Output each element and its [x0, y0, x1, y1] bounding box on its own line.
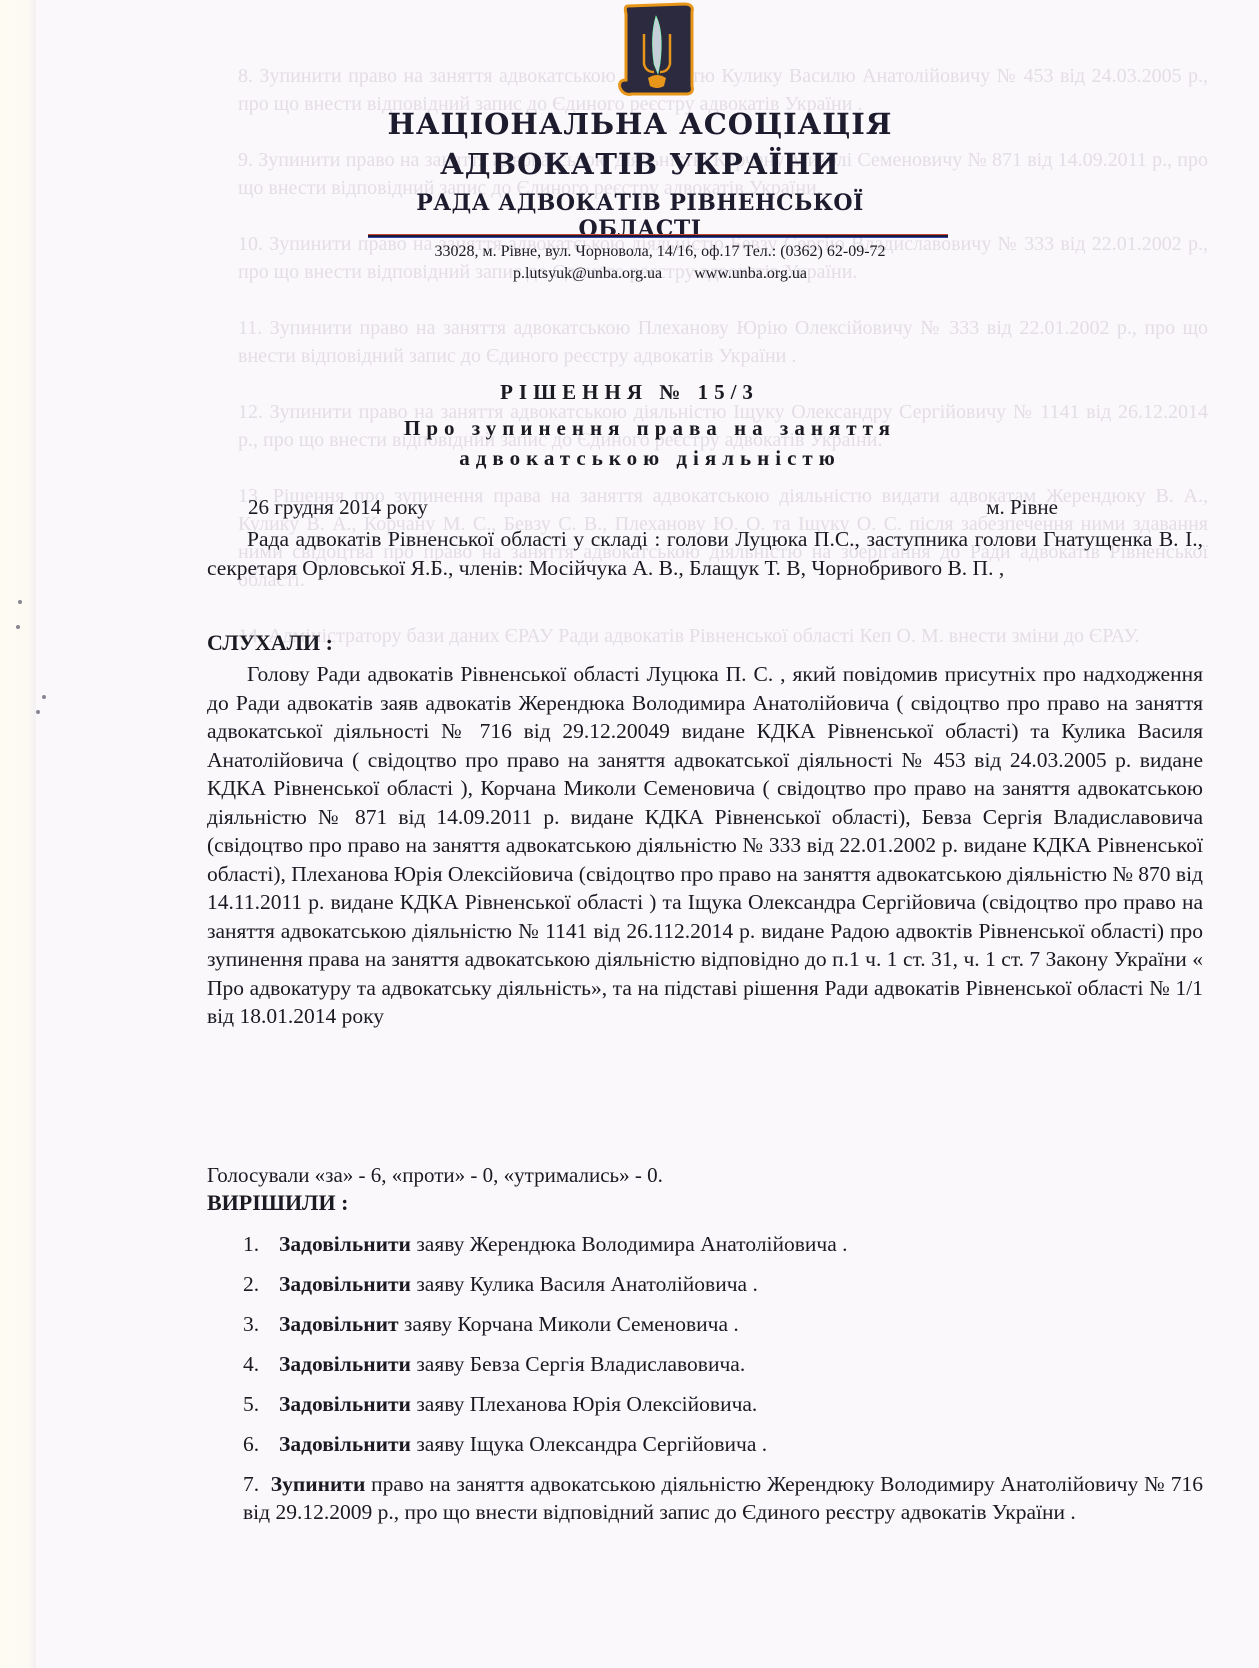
scan-speck [42, 695, 46, 699]
item-verb: Зупинити [271, 1472, 366, 1496]
subject-line2: адвокатською діяльністю [300, 443, 1000, 473]
voting-result: Голосували «за» - 6, «проти» - 0, «утрим… [207, 1163, 663, 1188]
organization-name-line2: АДВОКАТІВ УКРАЇНИ [360, 144, 920, 184]
letterhead-divider [368, 235, 948, 237]
organization-name-line1: НАЦІОНАЛЬНА АСОЦІАЦІЯ [360, 104, 920, 144]
item-text: заяву Жерендюка Володимира Анатолійовича… [411, 1232, 848, 1256]
scan-edge [0, 0, 36, 1668]
resolution-item: 6.Задовільнити заяву Іщука Олександра Се… [243, 1430, 848, 1470]
resolution-item: 3.Задовільнит заяву Корчана Миколи Семен… [243, 1310, 848, 1350]
decision-subject: Про зупинення права на заняття адвокатсь… [300, 413, 1000, 473]
item-number: 5. [243, 1390, 279, 1418]
item-number: 7. [243, 1472, 259, 1496]
item-number: 6. [243, 1430, 279, 1458]
item-verb: Задовільнити [279, 1432, 411, 1456]
resolution-item: 5.Задовільнити заяву Плеханова Юрія Олек… [243, 1390, 848, 1430]
quill-trident-logo-icon [614, 2, 700, 100]
item-verb: Задовільнити [279, 1392, 411, 1416]
item-text: заяву Іщука Олександра Сергійовича . [411, 1432, 767, 1456]
item-number: 1. [243, 1230, 279, 1258]
resolution-item: 2.Задовільнити заяву Кулика Василя Анато… [243, 1270, 848, 1310]
date-place-line: 26 грудня 2014 року м. Рівне [248, 495, 1058, 520]
organization-title: НАЦІОНАЛЬНА АСОЦІАЦІЯ АДВОКАТІВ УКРАЇНИ [360, 104, 920, 184]
council-composition: Рада адвокатів Рівненської області у скл… [207, 525, 1203, 582]
scan-speck [16, 625, 20, 629]
item-number: 2. [243, 1270, 279, 1298]
scan-speck [36, 710, 40, 714]
item-text: право на заняття адвокатською діяльністю… [243, 1472, 1203, 1524]
item-verb: Задовільнити [279, 1232, 411, 1256]
heard-text: Голову Ради адвокатів Рівненської област… [207, 660, 1203, 1031]
resolution-item: 4.Задовільнити заяву Бевза Сергія Владис… [243, 1350, 848, 1390]
item-text: заяву Корчана Миколи Семеновича . [399, 1312, 739, 1336]
resolution-item-7: 7. Зупинити право на заняття адвокатсько… [243, 1470, 1203, 1526]
resolution-item: 1.Задовільнити заяву Жерендюка Володимир… [243, 1230, 848, 1270]
item-text: заяву Кулика Василя Анатолійовича . [411, 1272, 758, 1296]
bleed-through-line: 11. Зупинити право на заняття адвокатськ… [238, 314, 1208, 370]
address: 33028, м. Рівне, вул. Чорновола, 14/16, … [370, 241, 950, 263]
resolved-heading: ВИРІШИЛИ : [207, 1190, 348, 1216]
item-number: 4. [243, 1350, 279, 1378]
scan-speck [18, 600, 22, 604]
item-text: заяву Плеханова Юрія Олексійовича. [411, 1392, 757, 1416]
bleed-through-line: 14. Адміністратору бази даних ЄРАУ Ради … [238, 622, 1208, 650]
subject-line1: Про зупинення права на заняття [300, 413, 1000, 443]
item-verb: Задовільнит [279, 1312, 399, 1336]
decision-title: РІШЕННЯ № 15/3 [0, 380, 1259, 405]
item-text: заяву Бевза Сергія Владиславовича. [411, 1352, 745, 1376]
email-link[interactable]: p.lutsyuk@unba.org.ua [513, 265, 662, 282]
decision-place: м. Рівне [986, 495, 1058, 520]
item-verb: Задовільнити [279, 1272, 411, 1296]
heard-heading: СЛУХАЛИ : [207, 630, 333, 656]
decision-date: 26 грудня 2014 року [248, 495, 428, 520]
website-link[interactable]: www.unba.org.ua [694, 265, 807, 282]
item-verb: Задовільнити [279, 1352, 411, 1376]
resolutions-list: 1.Задовільнити заяву Жерендюка Володимир… [243, 1230, 848, 1470]
contact-info: 33028, м. Рівне, вул. Чорновола, 14/16, … [370, 241, 950, 285]
item-number: 3. [243, 1310, 279, 1338]
